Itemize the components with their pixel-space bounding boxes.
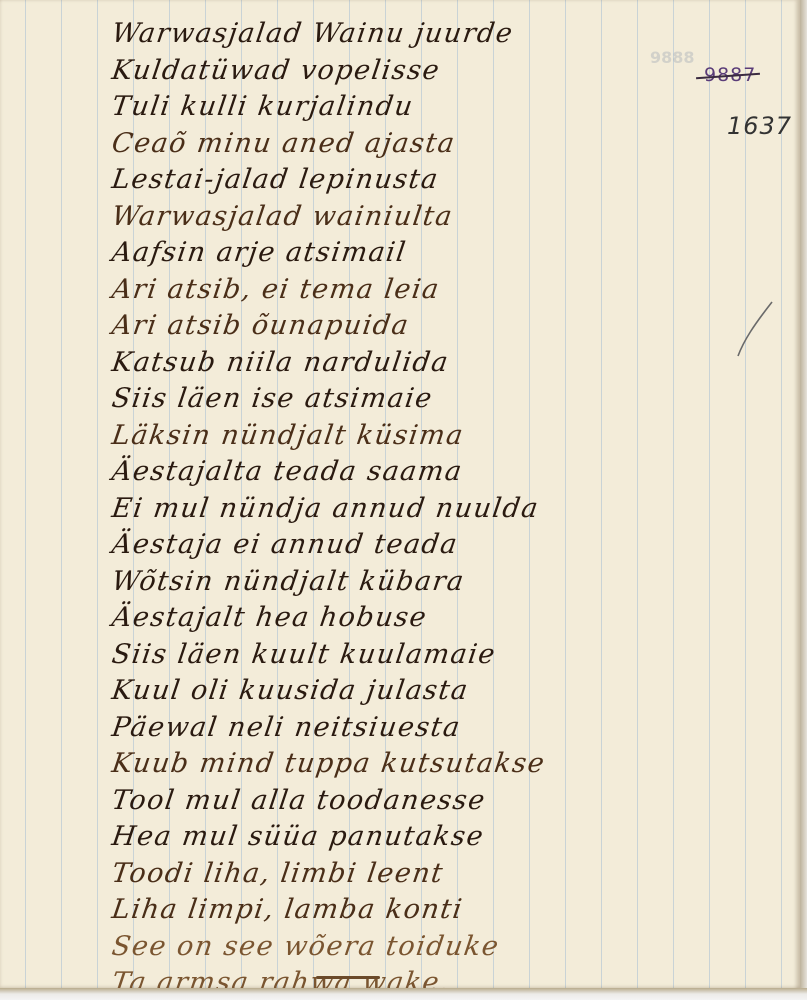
poem-line: Kuul oli kuusida julasta — [109, 673, 547, 710]
poem-line: Äestajalta teada saama — [109, 454, 547, 491]
poem-line: Aafsin arje atsimail — [109, 235, 547, 272]
poem-line: Warwasjalad wainiulta — [109, 199, 547, 236]
poem-line: Hea mul süüa panutakse — [109, 819, 547, 856]
archive-number: 1637 — [727, 112, 792, 140]
poem-line: Äestajalt hea hobuse — [109, 600, 547, 637]
poem-line: Äestaja ei annud teada — [109, 527, 547, 564]
faint-archive-stamp: 9888 — [650, 48, 695, 67]
page-bottom-edge — [0, 988, 807, 1000]
poem-line: Toodi liha, limbi leent — [109, 856, 547, 893]
poem-line: Siis läen ise atsimaie — [109, 381, 547, 418]
pencil-mark-icon — [736, 300, 776, 360]
poem-line: Wõtsin nündjalt kübara — [109, 564, 547, 601]
end-of-text-rule — [316, 976, 380, 979]
poem-line: Lestai-jalad lepinusta — [109, 162, 547, 199]
poem-line: Päewal neli neitsiuesta — [109, 710, 547, 747]
poem-lines: Warwasjalad Wainu juurde Kuldatüwad vope… — [112, 16, 545, 1000]
poem-line: Tuli kulli kurjalindu — [109, 89, 547, 126]
manuscript-page: 9888 9887 1637 Warwasjalad Wainu juurde … — [0, 0, 800, 990]
poem-line: Ceaõ minu aned ajasta — [109, 126, 547, 163]
poem-line: Ari atsib, ei tema leia — [109, 272, 547, 309]
poem-line: Siis läen kuult kuulamaie — [109, 637, 547, 674]
poem-line: Liha limpi, lamba konti — [109, 892, 547, 929]
poem-line: Tool mul alla toodanesse — [109, 783, 547, 820]
poem-line: Läksin nündjalt küsima — [109, 418, 547, 455]
poem-line: Warwasjalad Wainu juurde — [109, 16, 547, 53]
poem-line: Katsub niila nardulida — [109, 345, 547, 382]
poem-line: Kuldatüwad vopelisse — [109, 53, 547, 90]
old-archive-number: 9887 — [704, 64, 756, 86]
poem-line: See on see wõera toiduke — [109, 929, 547, 966]
page-right-edge — [800, 0, 807, 1000]
poem-line: Kuub mind tuppa kutsutakse — [109, 746, 547, 783]
poem-line: Ei mul nündja annud nuulda — [109, 491, 547, 528]
poem-line: Ari atsib õunapuida — [109, 308, 547, 345]
